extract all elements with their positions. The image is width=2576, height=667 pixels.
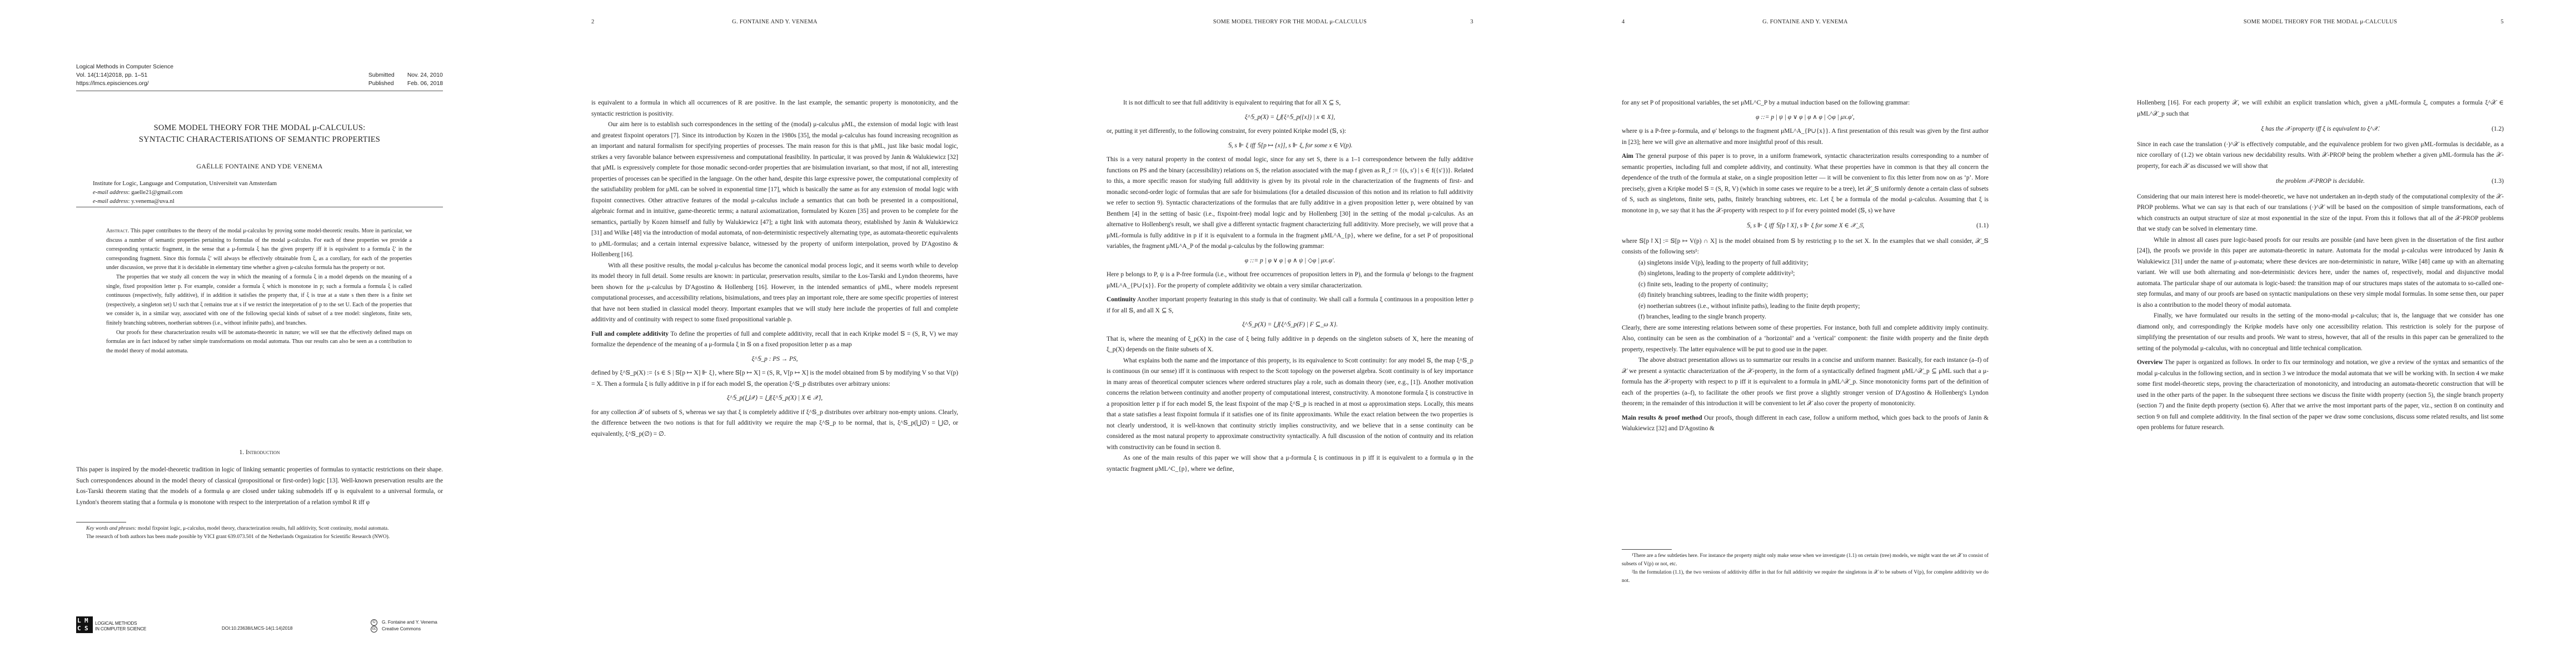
list-item: (e) noetherian subtrees (i.e., without i…: [1622, 301, 1989, 312]
section-heading-introduction: 1. Introduction: [76, 449, 443, 456]
title-line-2: SYNTACTIC CHARACTERISATIONS OF SEMANTIC …: [76, 134, 443, 146]
paragraph: The above abstract presentation allows u…: [1622, 355, 1989, 410]
email-label: e-mail address: [93, 189, 128, 196]
page-number: 2: [591, 19, 595, 25]
copyright-icon: ©: [371, 619, 377, 626]
paragraph: Another important property featuring in …: [1107, 296, 1473, 314]
license-name[interactable]: Creative Commons: [382, 626, 421, 631]
paragraph: Hollenberg [16]. For each property 𝒳, we…: [2137, 98, 2504, 120]
paragraph: Clearly, there are some interesting rela…: [1622, 323, 1989, 356]
equation: 𝕊, s ⊩ ξ iff 𝕊[p ↦ {x}], s ⊩ ξ, for some…: [1107, 141, 1473, 152]
published-date: Feb. 06, 2018: [407, 81, 443, 87]
subsection-heading: Continuity: [1107, 296, 1136, 303]
abstract-para-3: Our proofs for these characterization re…: [106, 328, 412, 356]
intro-body: This paper is inspired by the model-theo…: [76, 465, 443, 509]
authors: GAËLLE FONTAINE AND YDE VENEMA: [76, 162, 443, 171]
paragraph: for any set P of propositional variables…: [1622, 98, 1989, 109]
header-rule: [76, 91, 443, 91]
paragraph: defined by ξ^𝕊_p(X) := {s ∈ S | 𝕊[p ↦ X]…: [591, 368, 958, 390]
footnotes: ¹There are a few subtleties here. For in…: [1622, 552, 1989, 585]
page-3: SOME MODEL THEORY FOR THE MODAL μ-CALCUL…: [1030, 0, 1546, 667]
running-title: SOME MODEL THEORY FOR THE MODAL μ-CALCUL…: [2244, 19, 2397, 25]
title-line-1: SOME MODEL THEORY FOR THE MODAL μ-CALCUL…: [76, 122, 443, 134]
journal-name: Logical Methods in Computer Science: [76, 63, 443, 71]
page-1: Logical Methods in Computer Science Vol.…: [0, 0, 515, 667]
intro-paragraph: This paper is inspired by the model-theo…: [76, 465, 443, 509]
numbered-equation: the problem 𝒳-PROP is decidable. (1.3): [2137, 176, 2504, 187]
subsection-heading: Main results & proof method: [1622, 415, 1702, 421]
page-footer: LM CS LOGICAL METHODS IN COMPUTER SCIENC…: [76, 616, 443, 633]
dates: SubmittedNov. 24, 2010 PublishedFeb. 06,…: [368, 71, 443, 88]
running-head: 2 G. FONTAINE AND Y. VENEMA: [591, 19, 958, 25]
running-title: SOME MODEL THEORY FOR THE MODAL μ-CALCUL…: [1213, 19, 1367, 25]
journal-header: Logical Methods in Computer Science Vol.…: [76, 63, 443, 88]
list-item: (f) branches, leading to the single bran…: [1622, 312, 1989, 323]
abstract-para-2: The properties that we study all concern…: [106, 273, 412, 328]
subsection-heading: Full and complete additivity: [591, 331, 669, 337]
copyright-holder: G. Fontaine and Y. Venema: [382, 620, 437, 625]
grammar: φ ::= p | ψ | φ ∨ φ | φ ∧ φ | ◇φ | μx.φ′…: [1622, 112, 1989, 123]
equation: ξ^𝕊_p : PS → PS,: [591, 354, 958, 365]
footnote-rule: [76, 522, 126, 522]
page-number: 3: [1471, 19, 1474, 25]
list-item: (a) singletons inside V(p), leading to t…: [1622, 258, 1989, 269]
list-item: (c) finite sets, leading to the property…: [1622, 280, 1989, 291]
paragraph: Considering that our main interest here …: [2137, 192, 2504, 235]
funding-note: The research of both authors has been ma…: [76, 533, 443, 541]
submitted-date: Nov. 24, 2010: [407, 72, 443, 78]
equation: ξ^𝕊_p(⋃𝒳) = ⋃{ξ^𝕊_p(X) | X ∈ 𝒳},: [591, 393, 958, 404]
paragraph: The paper is organized as follows. In or…: [2137, 359, 2504, 431]
page-number: 4: [1622, 19, 1625, 25]
paragraph: While in almost all cases pure logic-bas…: [2137, 235, 2504, 311]
running-title: G. FONTAINE AND Y. VENEMA: [732, 19, 818, 25]
subsection-heading: Aim: [1622, 153, 1633, 160]
abstract-rule: [76, 207, 443, 207]
running-title: G. FONTAINE AND Y. VENEMA: [1762, 19, 1848, 25]
paper-title: SOME MODEL THEORY FOR THE MODAL μ-CALCUL…: [76, 122, 443, 146]
property-list: (a) singletons inside V(p), leading to t…: [1622, 258, 1989, 323]
equation: the problem 𝒳-PROP is decidable.: [2276, 178, 2365, 185]
paragraph: This is a very natural property in the c…: [1107, 155, 1473, 252]
submitted-label: Submitted: [368, 71, 407, 79]
list-item: (d) finitely branching subtrees, leading…: [1622, 290, 1989, 301]
equation: ξ has the 𝒳-property iff ξ is equivalent…: [2261, 126, 2379, 132]
paragraph: It is not difficult to see that full add…: [1107, 98, 1473, 109]
published-label: Published: [368, 79, 407, 88]
abstract: Abstract. This paper contributes to the …: [106, 227, 412, 356]
paragraph: Finally, we have formulated our results …: [2137, 311, 2504, 354]
paragraph: where ψ is a P-free μ-formula, and φ′ be…: [1622, 126, 1989, 148]
subsection-heading: Overview: [2137, 359, 2163, 366]
paragraph: Our aim here is to establish such corres…: [591, 120, 958, 261]
running-head: SOME MODEL THEORY FOR THE MODAL μ-CALCUL…: [1107, 19, 1473, 25]
paragraph: is equivalent to a formula in which all …: [591, 98, 958, 120]
paragraph: The general purpose of this paper is to …: [1622, 153, 1989, 214]
paragraph: With all these positive results, the mod…: [591, 261, 958, 326]
lmcs-logo: LM CS: [76, 616, 93, 633]
abstract-para-1: This paper contributes to the theory of …: [106, 228, 412, 271]
page-5: SOME MODEL THEORY FOR THE MODAL μ-CALCUL…: [2061, 0, 2576, 667]
running-head: 4 G. FONTAINE AND Y. VENEMA: [1622, 19, 1989, 25]
numbered-equation: 𝕊, s ⊩ ξ iff 𝕊[p↾X], s ⊩ ξ for some X ∈ …: [1622, 221, 1989, 232]
page-2-body: is equivalent to a formula in which all …: [591, 98, 958, 440]
paragraph: What explains both the name and the impo…: [1107, 356, 1473, 454]
doi[interactable]: DOI:10.23638/LMCS-14(1:14)2018: [222, 626, 292, 631]
logo-line-1: LOGICAL METHODS: [95, 621, 146, 626]
grammar: φ ::= p | φ ∨ φ | φ ∧ ψ | ◇φ | μx.φ′.: [1107, 256, 1473, 267]
email-2[interactable]: y.venema@uva.nl: [131, 198, 175, 205]
affiliation: Institute for Logic, Language and Comput…: [93, 179, 277, 188]
running-head: SOME MODEL THEORY FOR THE MODAL μ-CALCUL…: [2137, 19, 2504, 25]
page-2: 2 G. FONTAINE AND Y. VENEMA is equivalen…: [515, 0, 1030, 667]
numbered-equation: ξ has the 𝒳-property iff ξ is equivalent…: [2137, 124, 2504, 135]
keywords: modal fixpoint logic, μ-calculus, model …: [138, 526, 389, 531]
equation-number: (1.1): [1976, 221, 1989, 232]
page-4-body: for any set P of propositional variables…: [1622, 98, 1989, 435]
page-number: 5: [2501, 19, 2504, 25]
email-label: e-mail address: [93, 198, 128, 205]
equation: ξ^𝕊_p(X) = ⋃{ξ^𝕊_p({x}) | x ∈ X},: [1107, 112, 1473, 123]
page-5-body: Hollenberg [16]. For each property 𝒳, we…: [2137, 98, 2504, 434]
keywords-block: Key words and phrases: modal fixpoint lo…: [76, 525, 443, 541]
equation: 𝕊, s ⊩ ξ iff 𝕊[p↾X], s ⊩ ξ for some X ∈ …: [1746, 222, 1864, 229]
license-block: ©G. Fontaine and Y. Venema ccCreative Co…: [371, 619, 437, 633]
paragraph: Here p belongs to P, ψ is a P-free formu…: [1107, 270, 1473, 291]
email-1[interactable]: gaelle21@gmail.com: [131, 189, 182, 196]
paragraph: where 𝕊[p↾X] := 𝕊[p ↦ V(p) ∩ X] is the m…: [1622, 236, 1989, 258]
paragraph: As one of the main results of this paper…: [1107, 453, 1473, 475]
abstract-label: Abstract.: [106, 228, 129, 234]
paragraph: for any collection 𝒳 of subsets of S, wh…: [591, 407, 958, 440]
paragraph: That is, where the meaning of ξ_p(X) in …: [1107, 334, 1473, 356]
page-4: 4 G. FONTAINE AND Y. VENEMA for any set …: [1546, 0, 2061, 667]
keywords-label: Key words and phrases:: [86, 526, 137, 531]
creative-commons-icon: cc: [371, 626, 377, 633]
equation: ξ^𝕊_p(X) = ⋃{ξ^𝕊_p(F) | F ⊆_ω X}.: [1107, 320, 1473, 331]
logo-line-2: IN COMPUTER SCIENCE: [95, 626, 146, 632]
equation-number: (1.2): [2492, 124, 2504, 135]
page-3-body: It is not difficult to see that full add…: [1107, 98, 1473, 475]
paragraph: Since in each case the translation (·)^𝒳…: [2137, 140, 2504, 172]
list-item: (b) singletons, leading to the property …: [1622, 268, 1989, 280]
footnote-rule: [1622, 549, 1672, 550]
logo-text: LOGICAL METHODS IN COMPUTER SCIENCE: [95, 621, 146, 632]
paragraph: or, putting it yet differently, to the f…: [1107, 126, 1473, 137]
footnote-2: ²In the formulation (1.1), the two versi…: [1622, 569, 1989, 585]
footnote-1: ¹There are a few subtleties here. For in…: [1622, 552, 1989, 569]
affiliation-block: Institute for Logic, Language and Comput…: [93, 179, 277, 206]
equation-number: (1.3): [2492, 176, 2504, 187]
